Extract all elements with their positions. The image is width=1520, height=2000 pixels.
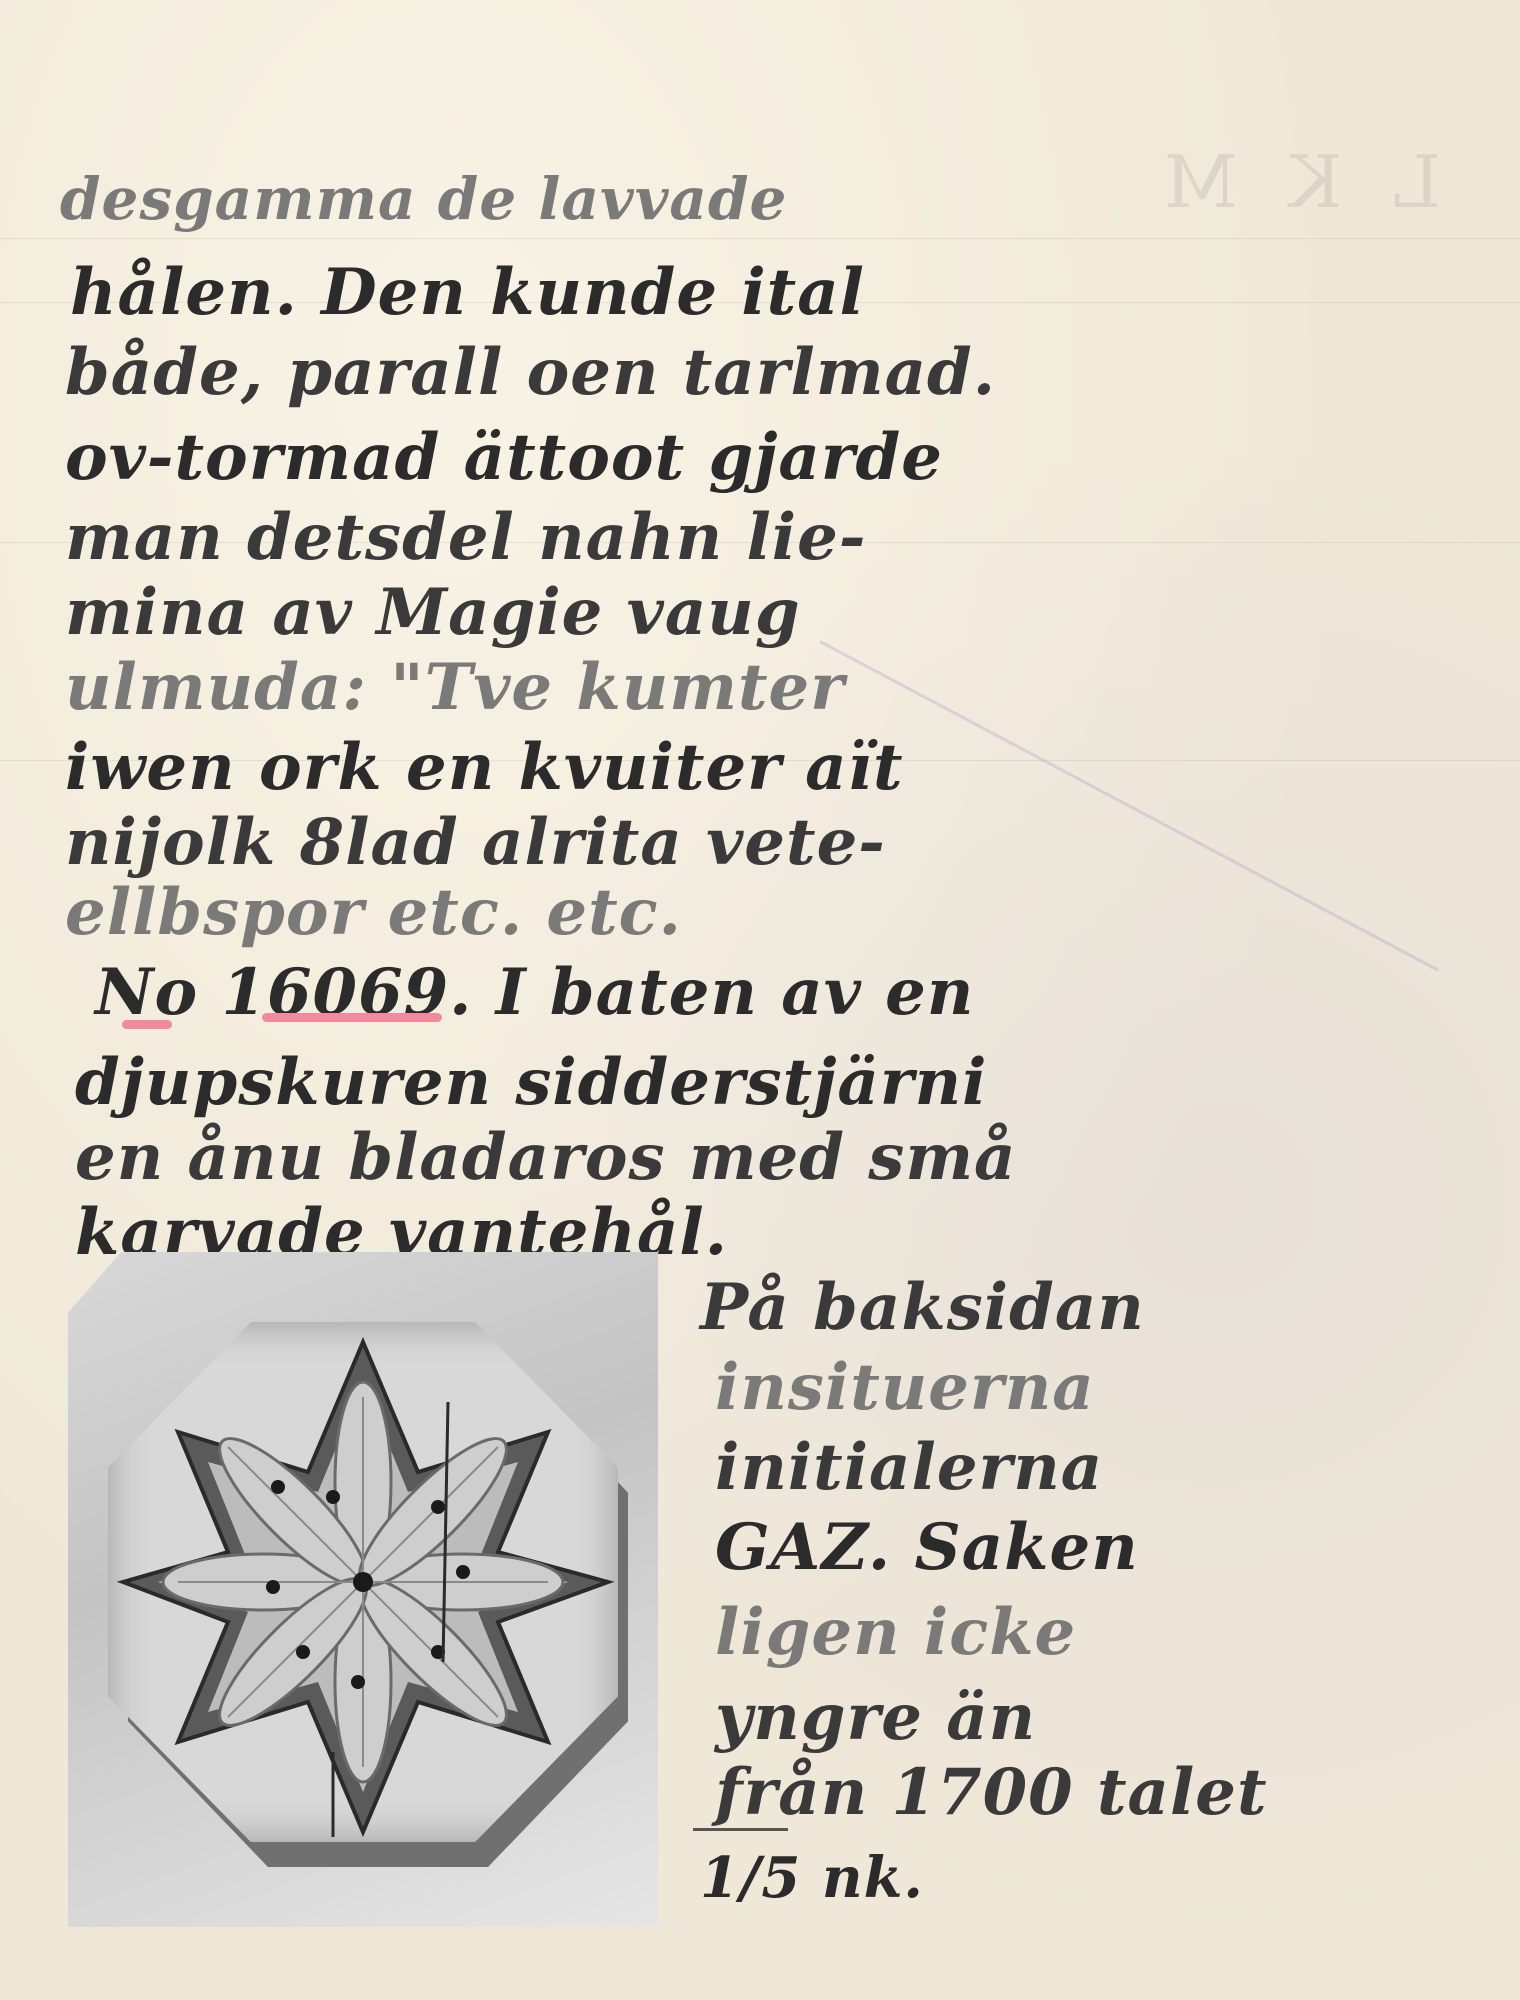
side-line-4: GAZ. Saken [715,1510,1139,1585]
handwritten-line-10: ellbspor etc. etc. [65,875,682,950]
document-page: L K M desgamma de lavvade hålen. Den kun… [0,0,1520,2000]
pink-underline-mark [262,1013,442,1022]
handwritten-line-13: en ånu bladaros med små [75,1120,1017,1195]
handwritten-line-5: man detsdel nahn lie- [65,500,866,575]
handwritten-line-4: ov-tormad ättoot gjarde [65,420,943,495]
side-line-3: initialerna [715,1430,1103,1505]
side-line-6: yngre än [715,1680,1036,1755]
side-line-1: På baksidan [700,1270,1145,1345]
side-line-2: insituerna [715,1350,1095,1425]
catalog-entry-line: No 16069. I baten av en [95,955,974,1030]
pink-highlight-mark [122,1020,172,1029]
mold-photograph [68,1252,658,1927]
violet-ink-stroke [819,640,1438,971]
handwritten-line-9: nijolk 8lad alrita vete- [65,805,886,880]
handwritten-line-6: mina av Magie vaug [65,575,801,650]
handwritten-line-1: desgamma de lavvade [60,165,787,233]
carved-wooden-mold [108,1322,618,1842]
catalog-number-prefix: No [95,955,198,1030]
side-line-5: ligen icke [715,1595,1076,1670]
handwritten-line-12: djupskuren sidderstjärni [75,1045,987,1120]
handwritten-line-7: ulmuda: "Tve kumter [65,650,845,725]
handwritten-line-8: iwen ork en kvuiter aït [65,730,904,805]
ruled-line [0,238,1520,239]
star-rosette-icon [108,1322,618,1842]
scale-note: 1/5 nk. [700,1845,924,1911]
handwritten-line-3: både, parall oen tarlmad. [65,335,996,410]
fraction-underline [693,1828,788,1831]
handwritten-line-2: hålen. Den kunde ital [70,255,865,330]
catalog-entry-text: I baten av en [496,955,975,1030]
side-line-7: från 1700 talet [715,1755,1268,1830]
bleed-through-letterhead: L K M [1150,140,1441,224]
